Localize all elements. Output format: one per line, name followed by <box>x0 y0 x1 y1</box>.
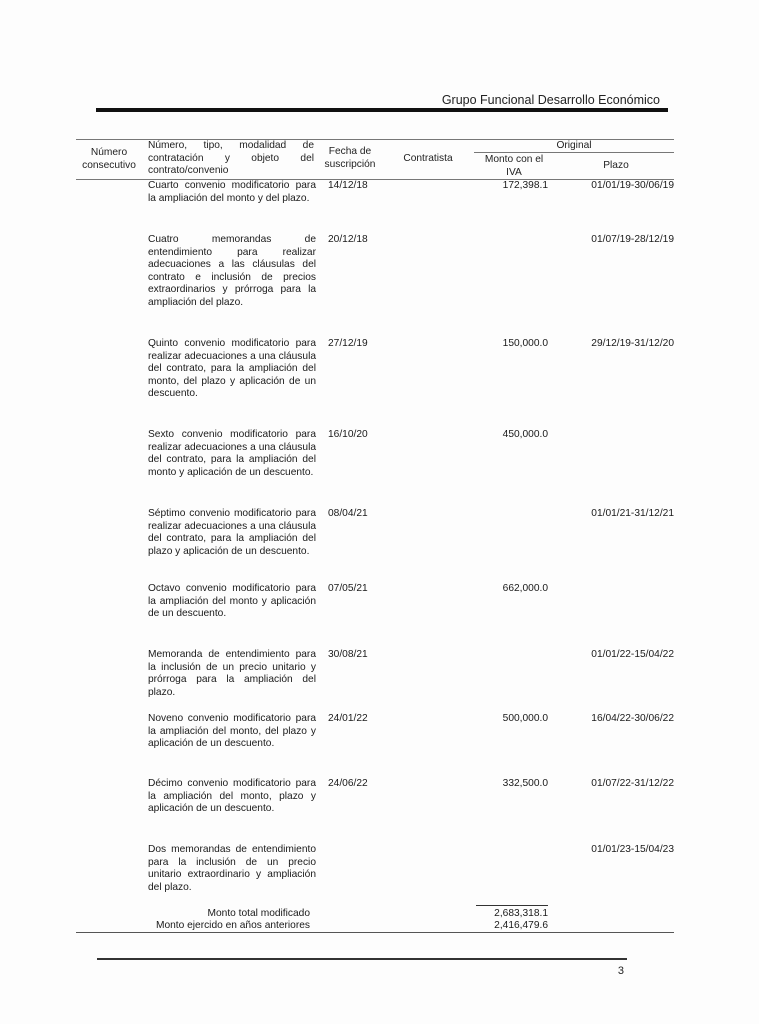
row-term: 29/12/19-31/12/20 <box>558 338 674 351</box>
document-page: Grupo Funcional Desarrollo Económico Núm… <box>0 0 759 1024</box>
row-description: Décimo convenio modificatorio para la am… <box>148 778 316 816</box>
prior-years-value: 2,416,479.6 <box>474 920 548 933</box>
row-description: Sexto convenio modificatorio para realiz… <box>148 429 316 479</box>
row-date: 24/06/22 <box>328 778 388 791</box>
total-modified-label: Monto total modificado <box>76 908 310 921</box>
row-description: Dos memorandas de entendimiento para la … <box>148 844 316 894</box>
row-description: Noveno convenio modificatorio para la am… <box>148 713 316 751</box>
row-date: 30/08/21 <box>328 649 388 662</box>
row-amount: 172,398.1 <box>474 180 548 193</box>
row-amount: 450,000.0 <box>474 429 548 442</box>
row-date: 24/01/22 <box>328 713 388 726</box>
row-term: 01/07/19-28/12/19 <box>558 234 674 247</box>
row-term: 01/01/19-30/06/19 <box>558 180 674 193</box>
header-numero-consecutivo: Número consecutivo <box>76 147 142 172</box>
header-contratista: Contratista <box>386 153 470 166</box>
table-bottom-rule <box>76 932 674 933</box>
row-date: 07/05/21 <box>328 583 388 596</box>
page-number: 3 <box>600 965 624 977</box>
totals-rule <box>476 905 548 906</box>
row-description: Cuatro memorandas de entendimiento para … <box>148 234 316 310</box>
row-term: 01/01/22-15/04/22 <box>558 649 674 662</box>
header-objeto: Número, tipo, modalidad de contratación … <box>148 140 314 178</box>
header-monto: Monto con el IVA <box>474 154 554 179</box>
header-original: Original <box>474 140 674 153</box>
row-description: Quinto convenio modificatorio para reali… <box>148 338 316 401</box>
row-amount: 500,000.0 <box>474 713 548 726</box>
row-term: 01/07/22-31/12/22 <box>558 778 674 791</box>
row-description: Memoranda de entendimiento para la inclu… <box>148 649 316 699</box>
prior-years-label: Monto ejercido en años anteriores <box>76 920 310 933</box>
footer-rule <box>97 958 627 960</box>
row-date: 14/12/18 <box>328 180 388 193</box>
header-fecha-suscripcion: Fecha de suscripción <box>320 146 380 171</box>
row-date: 16/10/20 <box>328 429 388 442</box>
header-rule <box>96 108 668 112</box>
row-term: 01/01/23-15/04/23 <box>558 844 674 857</box>
header-title: Grupo Funcional Desarrollo Económico <box>440 93 660 107</box>
total-modified-value: 2,683,318.1 <box>474 908 548 921</box>
row-amount: 150,000.0 <box>474 338 548 351</box>
row-amount: 332,500.0 <box>474 778 548 791</box>
row-amount: 662,000.0 <box>474 583 548 596</box>
row-description: Séptimo convenio modificatorio para real… <box>148 508 316 558</box>
row-term: 16/04/22-30/06/22 <box>558 713 674 726</box>
row-description: Octavo convenio modificatorio para la am… <box>148 583 316 621</box>
row-term: 01/01/21-31/12/21 <box>558 508 674 521</box>
row-description: Cuarto convenio modificatorio para la am… <box>148 180 316 205</box>
row-date: 20/12/18 <box>328 234 388 247</box>
header-plazo: Plazo <box>558 160 674 173</box>
row-date: 27/12/19 <box>328 338 388 351</box>
row-date: 08/04/21 <box>328 508 388 521</box>
